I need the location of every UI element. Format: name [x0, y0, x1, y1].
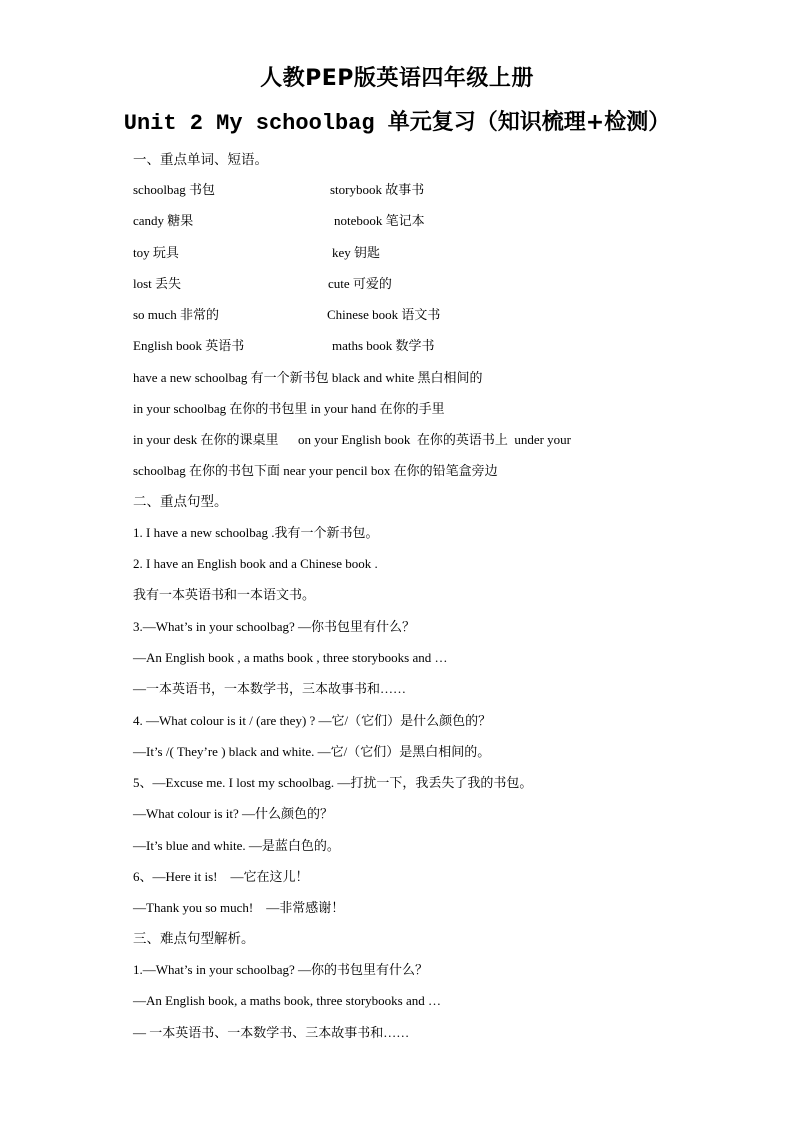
sentence-line: —Thank you so much! —非常感谢！ [133, 898, 344, 918]
vocab-left: schoolbag 书包 [133, 182, 215, 197]
sentence-line: 1.—What’s in your schoolbag? —你的书包里有什么？ [133, 960, 428, 980]
document-page: 人教PEP版英语四年级上册 Unit 2 My schoolbag 单元复习（知… [0, 0, 794, 1123]
subtitle-chinese: 单元复习（知识梳理+检测） [388, 110, 670, 135]
sentence-line: 5、—Excuse me. I lost my schoolbag. —打扰一下… [133, 773, 532, 793]
sentence-line: 6、—Here it is! —它在这儿！ [133, 867, 308, 887]
vocab-right: key 钥匙 [332, 243, 380, 263]
vocab-left: so much 非常的 [133, 307, 219, 322]
sentence-line: — 一本英语书、一本数学书、三本故事书和…… [133, 1023, 409, 1043]
document-title: 人教PEP版英语四年级上册 [0, 64, 794, 94]
phrase-line: in your desk 在你的课桌里 on your English book… [133, 430, 571, 450]
sentence-line: 2. I have an English book and a Chinese … [133, 554, 378, 574]
sentence-line: —An English book , a maths book , three … [133, 648, 448, 668]
phrase-line: have a new schoolbag 有一个新书包 black and wh… [133, 368, 482, 388]
vocab-right: maths book 数学书 [332, 336, 435, 356]
sentence-line: 4. —What colour is it / (are they) ? —它/… [133, 711, 491, 731]
subtitle-english: Unit 2 My schoolbag [124, 111, 388, 136]
vocab-row: schoolbag 书包 [133, 180, 215, 200]
vocab-right: notebook 笔记本 [334, 211, 425, 231]
section-heading-key-words: 一、重点单词、短语。 [133, 150, 268, 170]
sentence-line: —It’s /( They’re ) black and white. —它/（… [133, 742, 490, 762]
vocab-row: English book 英语书 [133, 336, 244, 356]
sentence-line: —It’s blue and white. —是蓝白色的。 [133, 836, 340, 856]
vocab-left: toy 玩具 [133, 245, 179, 260]
sentence-line: 我有一本英语书和一本语文书。 [133, 586, 315, 606]
document-subtitle: Unit 2 My schoolbag 单元复习（知识梳理+检测） [0, 106, 794, 140]
sentence-line: 1. I have a new schoolbag .我有一个新书包。 [133, 523, 379, 543]
vocab-left: English book 英语书 [133, 338, 244, 353]
vocab-row: toy 玩具 [133, 243, 179, 263]
vocab-left: lost 丢失 [133, 276, 181, 291]
phrase-line: schoolbag 在你的书包下面 near your pencil box 在… [133, 461, 498, 481]
vocab-row: candy 糖果 [133, 211, 193, 231]
vocab-right: Chinese book 语文书 [327, 305, 440, 325]
sentence-line: —What colour is it? —什么颜色的？ [133, 804, 333, 824]
phrase-line: in your schoolbag 在你的书包里 in your hand 在你… [133, 399, 445, 419]
sentence-line: —An English book, a maths book, three st… [133, 991, 441, 1011]
vocab-row: lost 丢失 [133, 274, 181, 294]
sentence-line: 3.—What’s in your schoolbag? —你书包里有什么？ [133, 617, 415, 637]
section-heading-key-sentences: 二、重点句型。 [133, 492, 228, 512]
vocab-right: cute 可爱的 [328, 274, 392, 294]
sentence-line: —一本英语书，一本数学书，三本故事书和…… [133, 679, 406, 699]
vocab-row: so much 非常的 [133, 305, 219, 325]
vocab-right: storybook 故事书 [330, 180, 424, 200]
vocab-left: candy 糖果 [133, 213, 193, 228]
section-heading-difficult-sentences: 三、难点句型解析。 [133, 929, 255, 949]
